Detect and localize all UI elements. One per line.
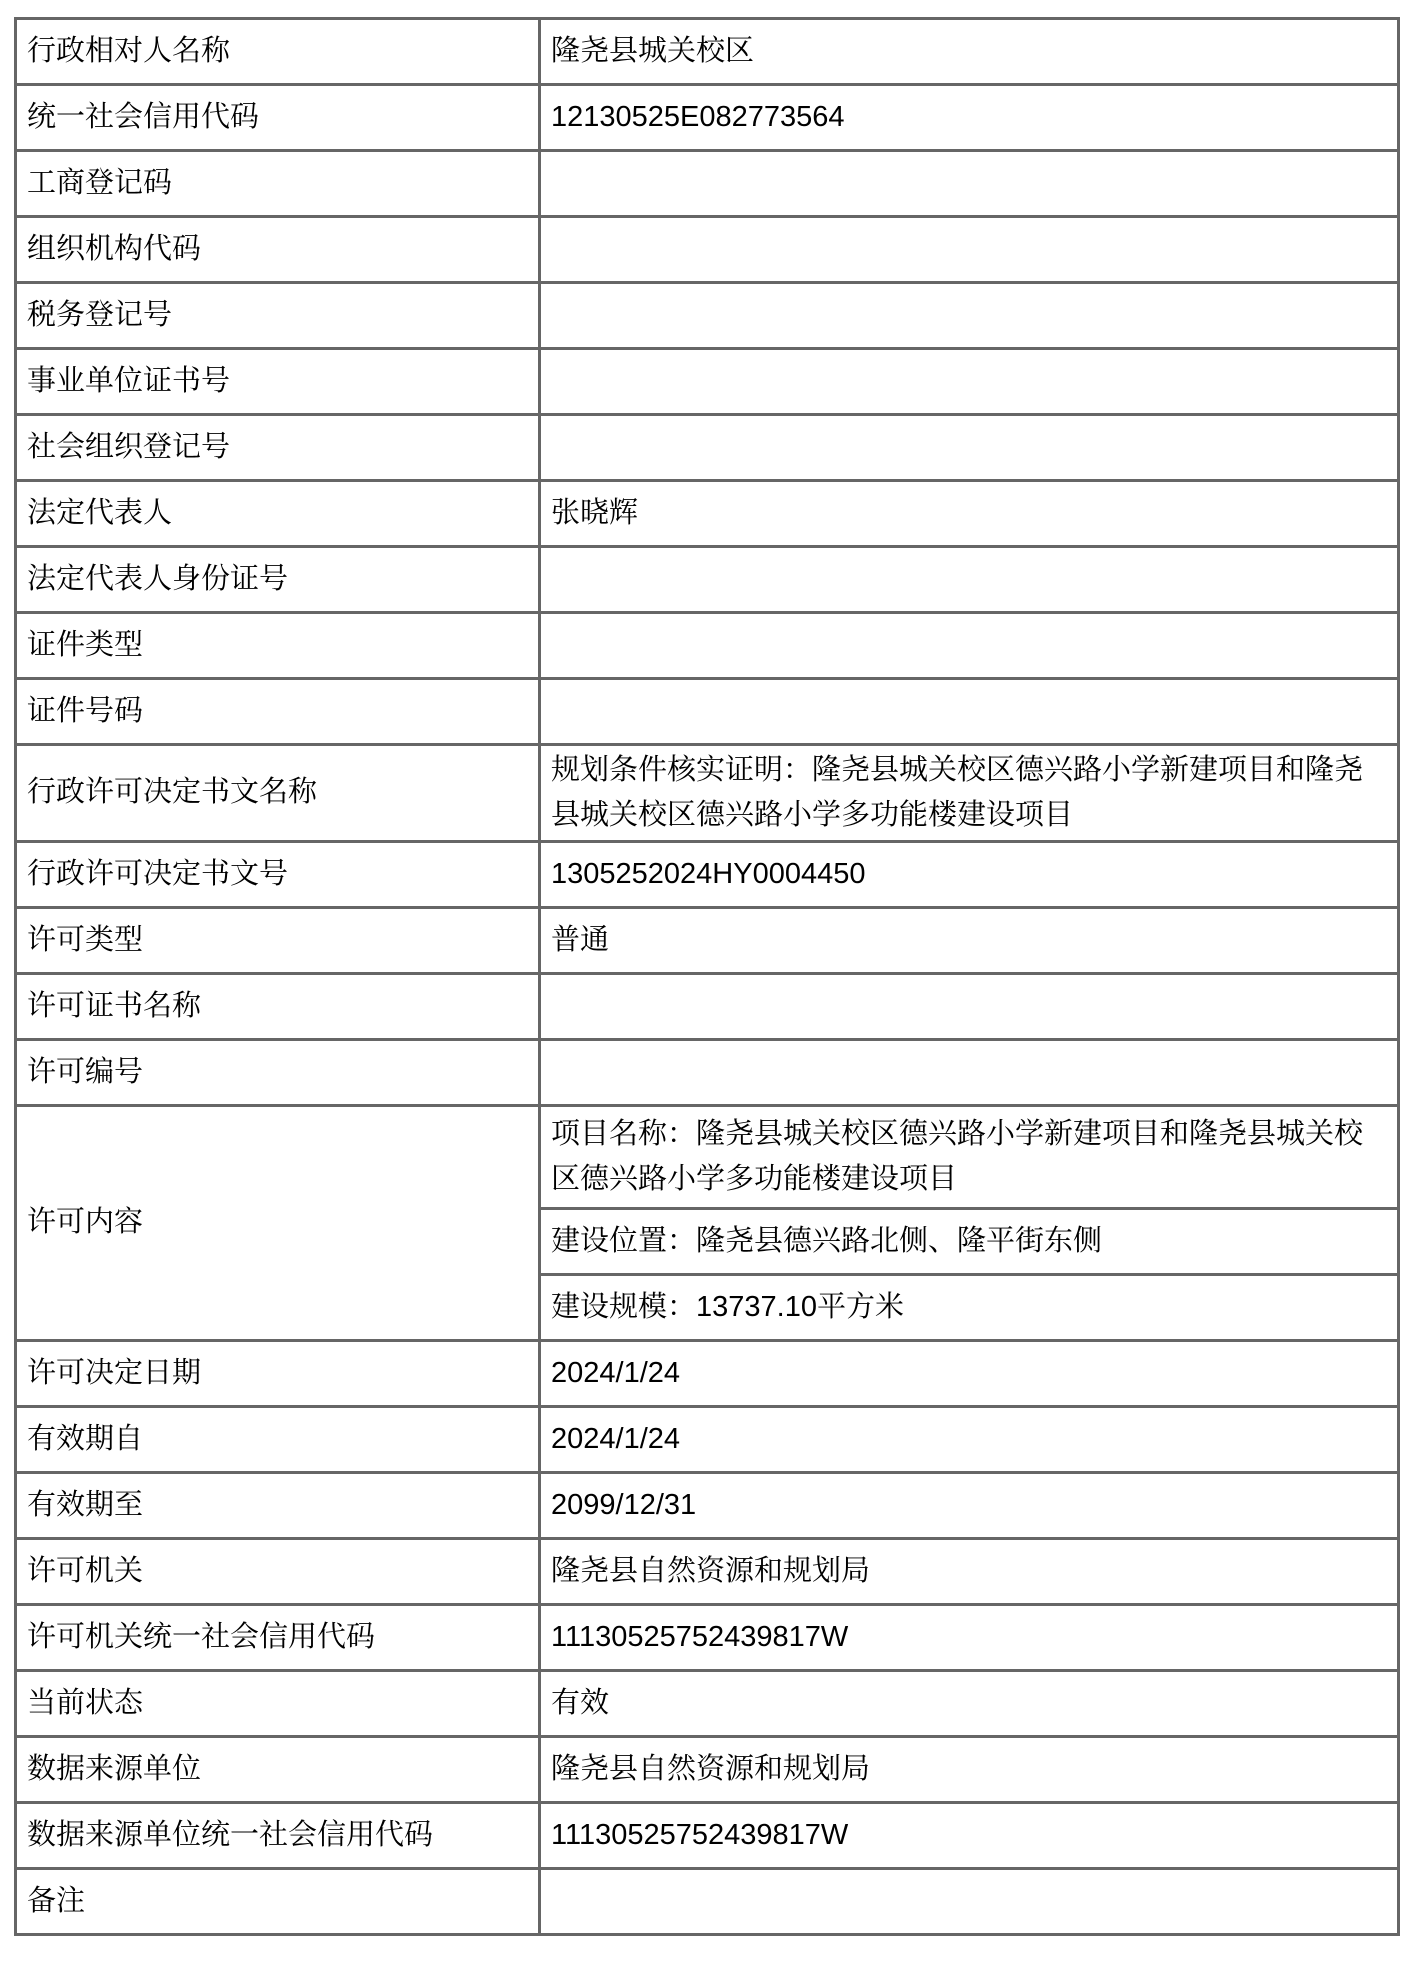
row-value-location: 建设位置：隆尧县德兴路北侧、隆平街东侧: [540, 1208, 1399, 1274]
table-row: 法定代表人 张晓辉: [16, 481, 1399, 547]
row-label: 工商登记码: [16, 151, 540, 217]
table-row: 许可决定日期 2024/1/24: [16, 1340, 1399, 1406]
table-row: 备注: [16, 1868, 1399, 1934]
row-value: 普通: [540, 907, 1399, 973]
row-value: 规划条件核实证明：隆尧县城关校区德兴路小学新建项目和隆尧县城关校区德兴路小学多功…: [540, 745, 1399, 842]
row-value: [540, 349, 1399, 415]
row-label: 当前状态: [16, 1670, 540, 1736]
table-row: 行政许可决定书文名称 规划条件核实证明：隆尧县城关校区德兴路小学新建项目和隆尧县…: [16, 745, 1399, 842]
table-row: 行政许可决定书文号 1305252024HY0004450: [16, 841, 1399, 907]
row-value: [540, 1039, 1399, 1105]
row-label: 许可编号: [16, 1039, 540, 1105]
row-label: 许可类型: [16, 907, 540, 973]
table-row: 许可类型 普通: [16, 907, 1399, 973]
row-label: 许可证书名称: [16, 973, 540, 1039]
row-value: [540, 679, 1399, 745]
table-row: 组织机构代码: [16, 217, 1399, 283]
row-value: [540, 547, 1399, 613]
row-label: 行政相对人名称: [16, 19, 540, 85]
row-label: 有效期自: [16, 1406, 540, 1472]
row-value-project-name: 项目名称：隆尧县城关校区德兴路小学新建项目和隆尧县城关校区德兴路小学多功能楼建设…: [540, 1105, 1399, 1208]
table-row: 有效期至 2099/12/31: [16, 1472, 1399, 1538]
row-value: [540, 217, 1399, 283]
table-row: 数据来源单位 隆尧县自然资源和规划局: [16, 1736, 1399, 1802]
row-label: 许可内容: [16, 1105, 540, 1340]
table-row: 许可机关 隆尧县自然资源和规划局: [16, 1538, 1399, 1604]
row-value: [540, 1868, 1399, 1934]
row-value: 2099/12/31: [540, 1472, 1399, 1538]
row-value: 12130525E082773564: [540, 85, 1399, 151]
table-row: 有效期自 2024/1/24: [16, 1406, 1399, 1472]
row-value-scale: 建设规模：13737.10平方米: [540, 1274, 1399, 1340]
row-label: 法定代表人: [16, 481, 540, 547]
table-row: 法定代表人身份证号: [16, 547, 1399, 613]
table-row: 证件号码: [16, 679, 1399, 745]
row-value: [540, 151, 1399, 217]
license-record-table: 行政相对人名称 隆尧县城关校区 统一社会信用代码 12130525E082773…: [14, 17, 1400, 1936]
row-label: 税务登记号: [16, 283, 540, 349]
row-label: 统一社会信用代码: [16, 85, 540, 151]
row-label: 有效期至: [16, 1472, 540, 1538]
row-label: 许可决定日期: [16, 1340, 540, 1406]
row-label: 备注: [16, 1868, 540, 1934]
row-value: [540, 973, 1399, 1039]
row-value: 隆尧县城关校区: [540, 19, 1399, 85]
row-value: 张晓辉: [540, 481, 1399, 547]
row-label: 行政许可决定书文名称: [16, 745, 540, 842]
row-label: 证件类型: [16, 613, 540, 679]
table-row: 证件类型: [16, 613, 1399, 679]
table-row: 统一社会信用代码 12130525E082773564: [16, 85, 1399, 151]
table-row: 许可证书名称: [16, 973, 1399, 1039]
row-value: [540, 613, 1399, 679]
row-label: 组织机构代码: [16, 217, 540, 283]
row-label: 事业单位证书号: [16, 349, 540, 415]
row-label: 许可机关: [16, 1538, 540, 1604]
row-value: 有效: [540, 1670, 1399, 1736]
table-row: 当前状态 有效: [16, 1670, 1399, 1736]
row-label: 社会组织登记号: [16, 415, 540, 481]
row-label: 数据来源单位: [16, 1736, 540, 1802]
table-row: 事业单位证书号: [16, 349, 1399, 415]
row-value: [540, 415, 1399, 481]
page: 行政相对人名称 隆尧县城关校区 统一社会信用代码 12130525E082773…: [0, 17, 1414, 1975]
table-row: 数据来源单位统一社会信用代码 11130525752439817W: [16, 1802, 1399, 1868]
row-value: 1305252024HY0004450: [540, 841, 1399, 907]
row-value: [540, 283, 1399, 349]
row-value: 11130525752439817W: [540, 1802, 1399, 1868]
row-value: 2024/1/24: [540, 1406, 1399, 1472]
table-row: 许可内容 项目名称：隆尧县城关校区德兴路小学新建项目和隆尧县城关校区德兴路小学多…: [16, 1105, 1399, 1208]
table-row: 工商登记码: [16, 151, 1399, 217]
table-row: 许可机关统一社会信用代码 11130525752439817W: [16, 1604, 1399, 1670]
row-value: 隆尧县自然资源和规划局: [540, 1538, 1399, 1604]
row-value: 11130525752439817W: [540, 1604, 1399, 1670]
row-label: 数据来源单位统一社会信用代码: [16, 1802, 540, 1868]
table-row: 税务登记号: [16, 283, 1399, 349]
row-label: 证件号码: [16, 679, 540, 745]
row-label: 法定代表人身份证号: [16, 547, 540, 613]
table-row: 行政相对人名称 隆尧县城关校区: [16, 19, 1399, 85]
table-row: 许可编号: [16, 1039, 1399, 1105]
row-label: 行政许可决定书文号: [16, 841, 540, 907]
row-label: 许可机关统一社会信用代码: [16, 1604, 540, 1670]
row-value: 隆尧县自然资源和规划局: [540, 1736, 1399, 1802]
table-row: 社会组织登记号: [16, 415, 1399, 481]
row-value: 2024/1/24: [540, 1340, 1399, 1406]
